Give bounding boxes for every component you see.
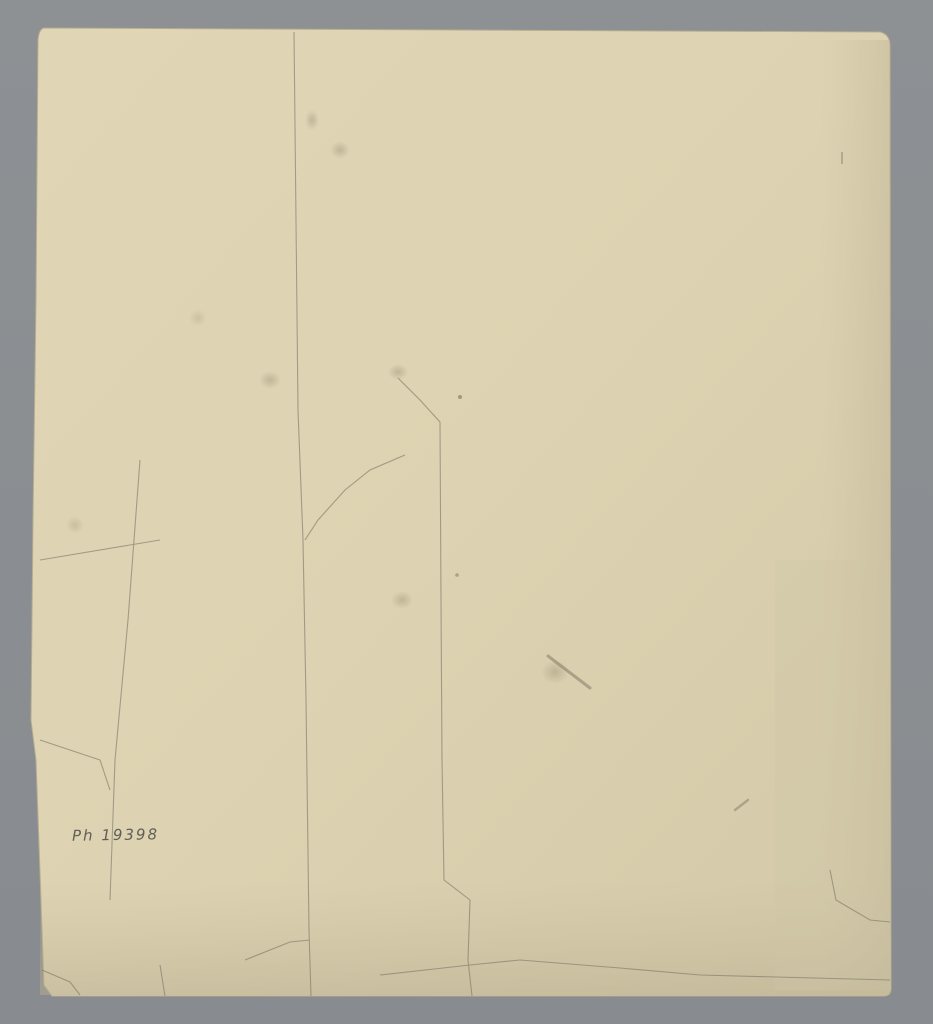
paper-sheet: Ph 19398 [0, 0, 933, 1024]
pencil-inscription: Ph 19398 [72, 825, 159, 845]
paper-sheet-graphic [0, 0, 933, 1024]
photo-backdrop: Ph 19398 [0, 0, 933, 1024]
paper-outline [31, 28, 891, 996]
